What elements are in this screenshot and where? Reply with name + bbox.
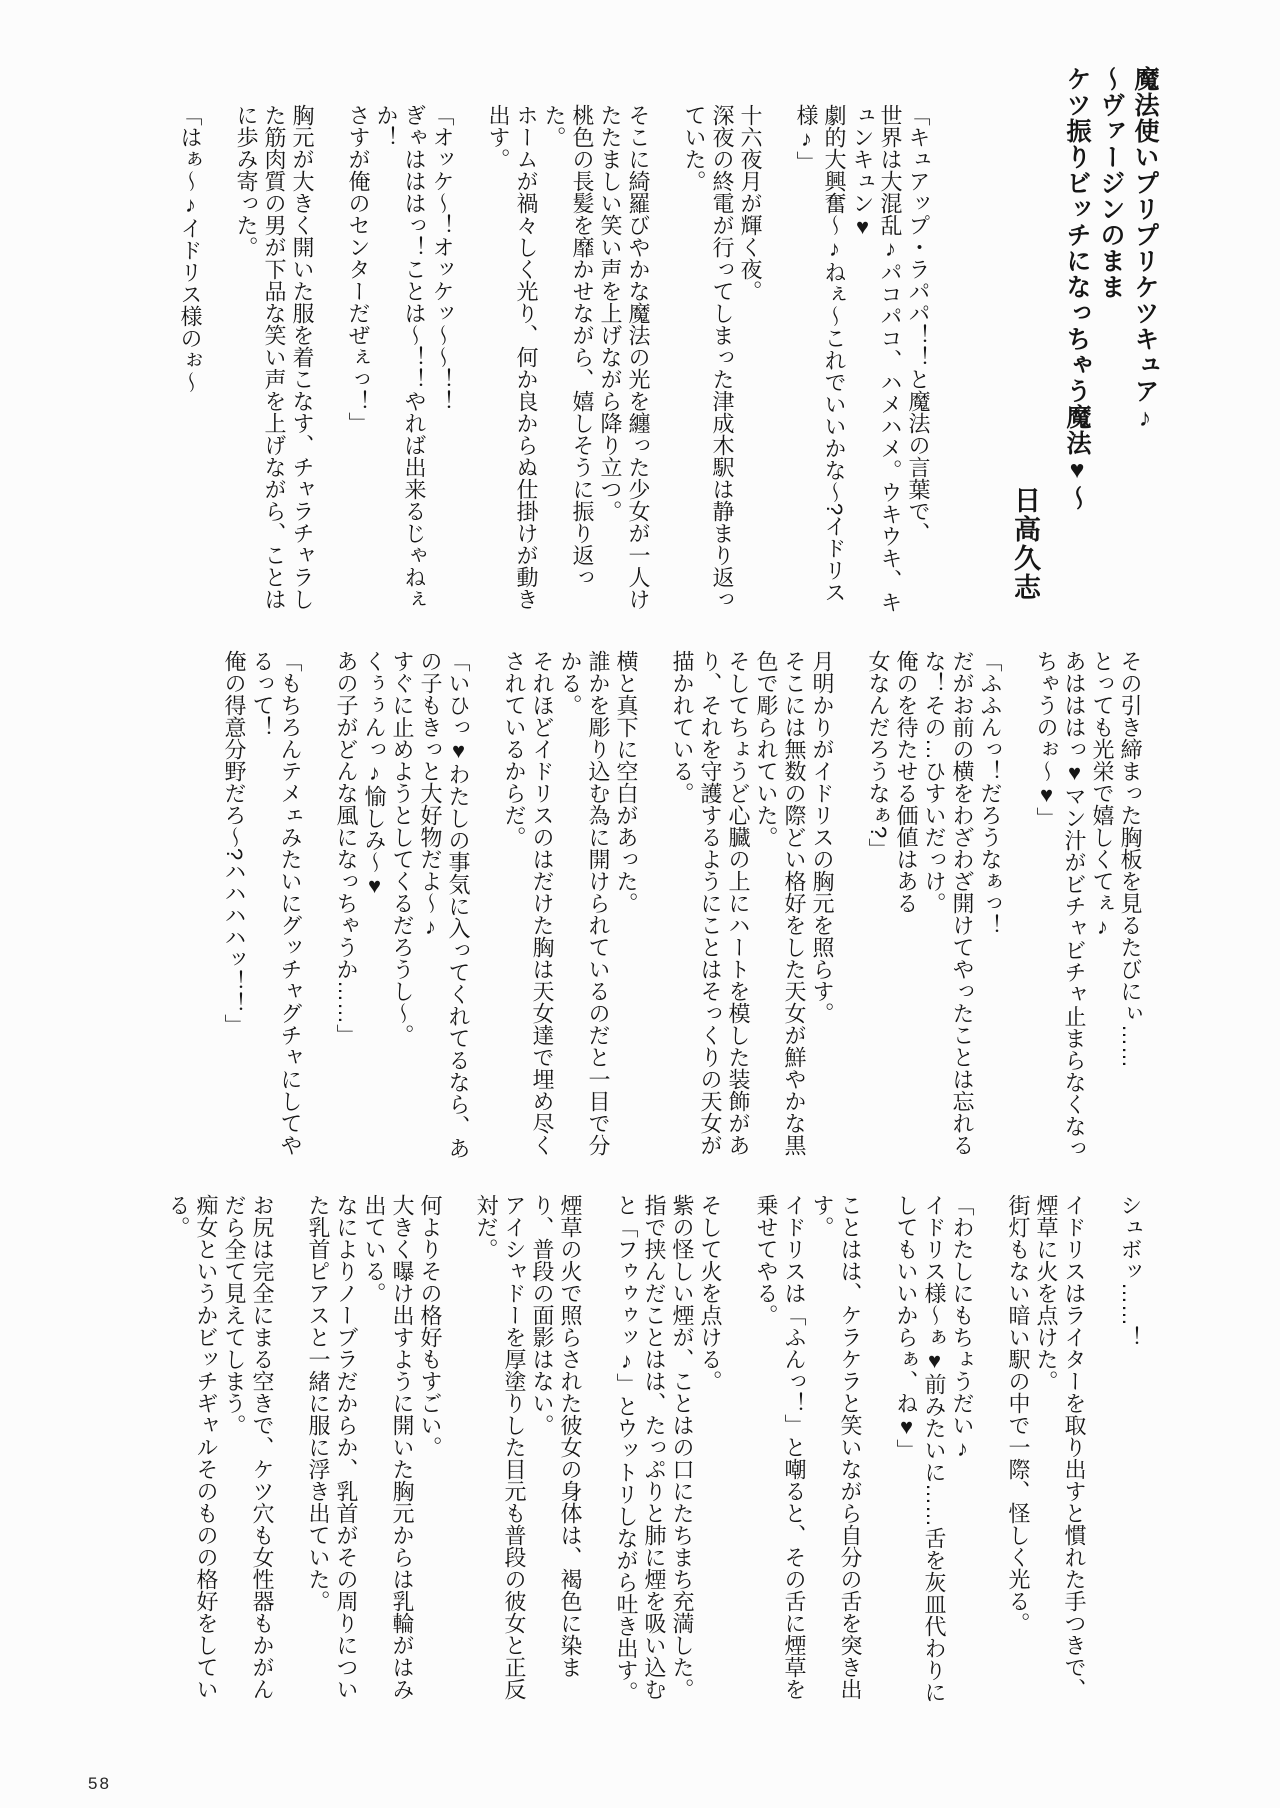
text-line: その引き締まった胸板を見るたびにぃ…… [1116,650,1144,1162]
paragraph-block: 「わたしにもちょうだい♪イドリス様～ぁ♥前みたいに……舌を灰皿代わりにしてもいい… [892,1194,976,1706]
paragraph-block: 「はぁ～♪イドリス様のぉ～ [176,104,204,616]
text-line: そこに綺羅びやかな魔法の光を纏った少女が一人けたたましい笑い声を上げながら降り立… [596,104,652,616]
text-line: そしてちょうど心臓の上にハートを模した装飾があり、それを守護するようにことはそっ… [668,650,752,1162]
paragraph-block: 何よりその格好もすごい。大きく曝け出すように開いた胸元からは乳輪がはみ出ている。… [304,1194,444,1706]
text-line: 世界は大混乱♪パコパコ、ハメハメ。ウキウキ、キュンキュン♥ [848,104,904,616]
page-number: 58 [88,1774,111,1794]
text-line: 痴女というかビッチギャルそのものの格好をしている。 [164,1194,220,1706]
text-line: 誰かを彫り込む為に開けられているのだと一目で分かる。 [556,650,612,1162]
paragraph-block: 「いひっ♥わたしの事気に入ってくれてるなら、あの子もきっと大好物だよ～♪すぐに止… [332,650,472,1162]
paragraph-block: シュボッ……！ [1116,1194,1144,1706]
text-line: 月明かりがイドリスの胸元を照らす。 [808,650,836,1162]
text-line: あの子がどんな風になっちゃうか……」 [332,650,360,1162]
paragraph-block: そこに綺羅びやかな魔法の光を纏った少女が一人けたたましい笑い声を上げながら降り立… [484,104,652,616]
text-line: 桃色の長髪を靡かせながら、嬉しそうに振り返った。 [540,104,596,616]
paragraph-block: 胸元が大きく開いた服を着こなす、チャラチャラした筋肉質の男が下品な笑い声を上げな… [232,104,316,616]
text-line: それほどイドリスのはだけた胸は天女達で埋め尽くされているからだ。 [500,650,556,1162]
text-line: 街灯もない暗い駅の中で一際、怪しく光る。 [1004,1194,1032,1706]
text-line: そして火を点ける。 [696,1194,724,1706]
text-line: とっても光栄で嬉しくてぇ♪ [1088,650,1116,1162]
text-line: さすが俺のセンターだぜぇっ！」 [344,104,372,616]
text-line: 俺のを待たせる価値はある [892,650,920,1162]
text-line: なによりノーブラだからか、乳首がその周りについた乳首ピアスと一緒に服に浮き出てい… [304,1194,360,1706]
text-line: アイシャドーを厚塗りした目元も普段の彼女と正反対だ。 [472,1194,528,1706]
paragraph-block: その引き締まった胸板を見るたびにぃ……とっても光栄で嬉しくてぇ♪あはははっ♥マン… [1032,650,1144,1162]
text-line: 十六夜月が輝く夜。 [736,104,764,616]
text-line: 「ふふんっ！だろうなぁっ！ [976,650,1004,1162]
text-line: 女なんだろうなぁ?」 [864,650,892,1162]
text-line: 「もちろんテメェみたいにグッチャグチャにしてやるって！ [248,650,304,1162]
text-line: だがお前の横をわざわざ開けてやったことは忘れるな！その…ひすいだっけ。 [920,650,976,1162]
text-band-bottom: シュボッ……！イドリスはライターを取り出すと慣れた手つきで、煙草に火を点けた。街… [164,1194,1144,1706]
text-line: 何よりその格好もすごい。 [416,1194,444,1706]
paragraph-block: 月明かりがイドリスの胸元を照らす。そこには無数の際どい格好をした天女が鮮やかな黒… [668,650,836,1162]
paragraph-block: お尻は完全にまる空きで、ケツ穴も女性器もかがんだら全て見えてしまう。痴女というか… [164,1194,276,1706]
paragraph-block: 煙草の火で照らされた彼女の身体は、褐色に染まり、普段の面影はない。アイシャドーを… [472,1194,584,1706]
paragraph-block: 「オッケ～！オッケッ～～！！ぎゃはははっ！ことは～！！やれば出来るじゃねぇか！さ… [344,104,456,616]
text-line: あはははっ♥マン汁がビチャビチャ止まらなくなっちゃうのぉ～♥」 [1032,650,1088,1162]
paragraph-block: 「ふふんっ！だろうなぁっ！だがお前の横をわざわざ開けてやったことは忘れるな！その… [864,650,1004,1162]
document-page: 魔法使いプリプリケツキュア♪ ～ヴァージンのまま ケツ振りビッチになっちゃう魔法… [0,0,1280,1808]
text-line: そこには無数の際どい格好をした天女が鮮やかな黒色で彫られていた。 [752,650,808,1162]
text-line: 横と真下に空白があった。 [612,650,640,1162]
text-line: 「わたしにもちょうだい♪ [948,1194,976,1706]
text-line: 大きく曝け出すように開いた胸元からは乳輪がはみ出ている。 [360,1194,416,1706]
text-line: 指で挟んだことはは、たっぷりと肺に煙を吸い込むと「フゥゥゥッ♪」とウットリしなが… [612,1194,668,1706]
text-line: 劇的大興奮～♪ねぇ～これでいいかな～?イドリス様♪」 [792,104,848,616]
paragraph-block: 十六夜月が輝く夜。深夜の終電が行ってしまった津成木駅は静まり返っていた。 [680,104,764,616]
story-title: 魔法使いプリプリケツキュア♪ ～ヴァージンのまま ケツ振りビッチになっちゃう魔法… [1060,66,1162,626]
text-line: 深夜の終電が行ってしまった津成木駅は静まり返っていた。 [680,104,736,616]
text-line: すぐに止めようとしてくるだろうし～。 [388,650,416,1162]
text-line: 「キュアップ・ラパパ！！と魔法の言葉で、 [904,104,932,616]
text-band-middle: その引き締まった胸板を見るたびにぃ……とっても光栄で嬉しくてぇ♪あはははっ♥マン… [220,650,1144,1162]
paragraph-block: 横と真下に空白があった。誰かを彫り込む為に開けられているのだと一目で分かる。それ… [500,650,640,1162]
paragraph-block: 「キュアップ・ラパパ！！と魔法の言葉で、世界は大混乱♪パコパコ、ハメハメ。ウキウ… [792,104,932,616]
text-band-top: 「キュアップ・ラパパ！！と魔法の言葉で、世界は大混乱♪パコパコ、ハメハメ。ウキウ… [176,104,932,616]
text-line: ことはは、ケラケラと笑いながら自分の舌を突き出す。 [808,1194,864,1706]
text-line: 「はぁ～♪イドリス様のぉ～ [176,104,204,616]
paragraph-block: イドリスはライターを取り出すと慣れた手つきで、煙草に火を点けた。街灯もない暗い駅… [1004,1194,1088,1706]
text-line: 「オッケ～！オッケッ～～！！ [428,104,456,616]
text-line: 紫の怪しい煙が、ことはの口にたちまち充満した。 [668,1194,696,1706]
title-line-subtitle-2: ケツ振りビッチになっちゃう魔法♥～ [1060,66,1094,626]
text-line: ぎゃはははっ！ことは～！！やれば出来るじゃねぇか！ [372,104,428,616]
text-line: イドリス様～ぁ♥前みたいに……舌を灰皿代わりにしてもいいからぁ、ね♥」 [892,1194,948,1706]
title-line-subtitle-1: ～ヴァージンのまま [1094,66,1128,626]
text-line: シュボッ……！ [1116,1194,1144,1706]
text-line: 「いひっ♥わたしの事気に入ってくれてるなら、あの子もきっと大好物だよ～♪ [416,650,472,1162]
text-line: くぅぅんっ♪愉しみ～♥ [360,650,388,1162]
paragraph-block: 「もちろんテメェみたいにグッチャグチャにしてやるって！俺の得意分野だろ～?ハハハ… [220,650,304,1162]
paragraph-block: ことはは、ケラケラと笑いながら自分の舌を突き出す。イドリスは「ふんっ！」と嘲ると… [752,1194,864,1706]
text-line: 煙草の火で照らされた彼女の身体は、褐色に染まり、普段の面影はない。 [528,1194,584,1706]
paragraph-block: そして火を点ける。紫の怪しい煙が、ことはの口にたちまち充満した。指で挟んだことは… [612,1194,724,1706]
title-line-main: 魔法使いプリプリケツキュア♪ [1128,66,1162,626]
text-line: 胸元が大きく開いた服を着こなす、チャラチャラした筋肉質の男が下品な笑い声を上げな… [232,104,316,616]
text-line: お尻は完全にまる空きで、ケツ穴も女性器もかがんだら全て見えてしまう。 [220,1194,276,1706]
text-line: イドリスはライターを取り出すと慣れた手つきで、煙草に火を点けた。 [1032,1194,1088,1706]
text-line: ホームが禍々しく光り、何か良からぬ仕掛けが動き出す。 [484,104,540,616]
text-line: イドリスは「ふんっ！」と嘲ると、その舌に煙草を乗せてやる。 [752,1194,808,1706]
text-line: 俺の得意分野だろ～?ハハハハッ！！」 [220,650,248,1162]
